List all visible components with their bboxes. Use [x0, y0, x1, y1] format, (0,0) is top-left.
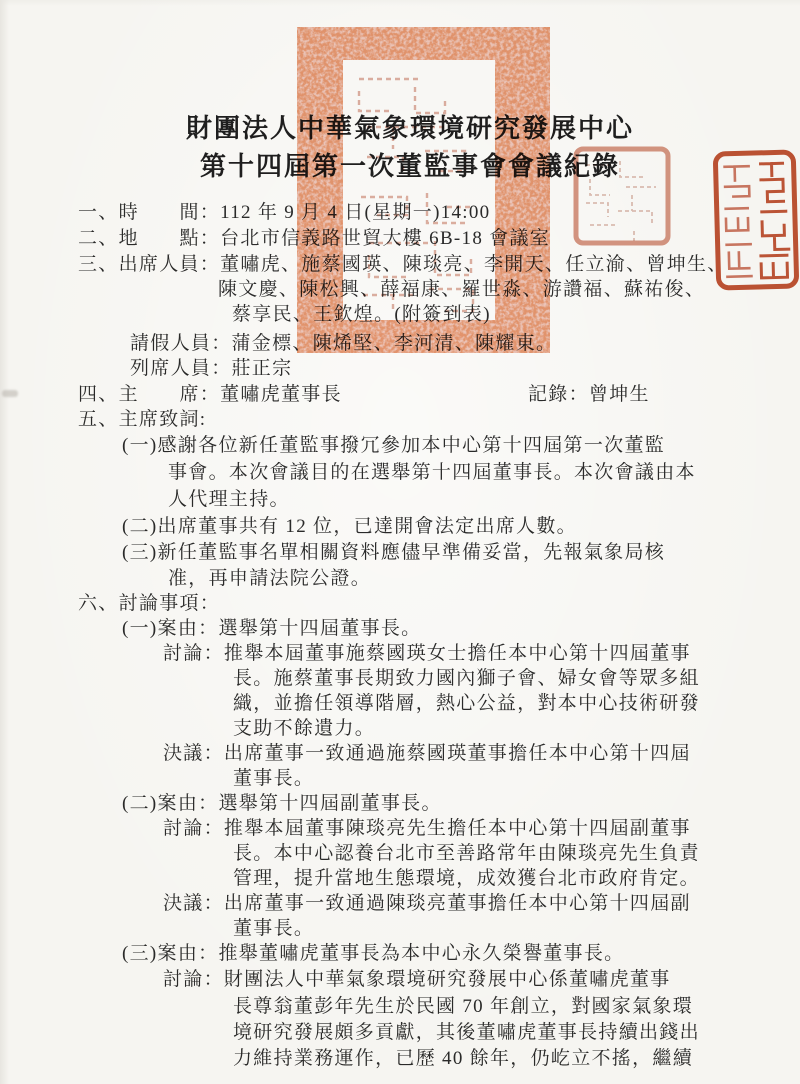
line-remark1-cont1: 事會。本次會議目的在選舉第十四屆董事長。本次會議由本 — [168, 457, 696, 484]
line-remark1: (一)感謝各位新任董監事撥冗參加本中心第十四屆第一次董監 — [122, 430, 665, 457]
line-time: 一、時 間：112 年 9 月 4 日(星期一)14:00 — [78, 197, 490, 224]
line-location: 二、地 點：台北市信義路世貿大樓 6B-18 會議室 — [78, 223, 550, 250]
line-case1-resolution: 決議：出席董事一致通過施蔡國瑛董事擔任本中心第十四屆 — [163, 738, 691, 765]
line-case3-disc-cont1: 長尊翁董彭年先生於民國 70 年創立，對國家氣象環 — [233, 991, 693, 1018]
line-case3-discussion: 討論：財團法人中華氣象環境研究發展中心係董嘯虎董事 — [163, 964, 671, 991]
line-case3-disc-cont3: 力維持業務運作，已歷 40 餘年，仍屹立不搖，繼續 — [233, 1043, 693, 1070]
line-observers: 列席人員：莊正宗 — [130, 353, 292, 380]
line-case2-resolution: 決議：出席董事一致通過陳琰亮董事擔任本中心第十四屆副 — [163, 888, 691, 915]
line-case2-discussion: 討論：推舉本屆董事陳琰亮先生擔任本中心第十四屆副董事 — [163, 813, 691, 840]
line-case3-subject: (三)案由：推舉董嘯虎董事長為本中心永久榮譽董事長。 — [122, 938, 624, 965]
line-case3-disc-cont2: 境研究發展頗多貢獻，其後董嘯虎董事長持續出錢出 — [233, 1017, 700, 1044]
scanned-document-page: 財團法人中華氣象環境研究發展中心 第十四屆第一次董監事會會議紀錄 一、時 間：1… — [0, 0, 800, 1084]
line-case2-subject: (二)案由：選舉第十四屆副董事長。 — [122, 788, 442, 815]
line-attendees-3: 蔡享民、王欽煌。(附簽到表) — [232, 299, 491, 326]
line-absent: 請假人員：蒲金標、陳烯堅、李河清、陳耀東。 — [130, 328, 556, 355]
line-remark3: (三)新任董監事名單相關資料應儘早準備妥當，先報氣象局核 — [122, 537, 665, 564]
line-case1-discussion: 討論：推舉本屆董事施蔡國瑛女士擔任本中心第十四屆董事 — [163, 638, 691, 665]
line-case1-disc-cont3: 支助不餘遺力。 — [233, 713, 375, 740]
line-case1-disc-cont1: 長。施蔡董事長期致力國內獅子會、婦女會等眾多組 — [233, 663, 700, 690]
line-discussion-heading: 六、討論事項： — [78, 588, 220, 615]
line-case2-res-cont: 董事長。 — [233, 913, 314, 940]
line-case1-res-cont: 董事長。 — [233, 763, 314, 790]
line-remark2: (二)出席董事共有 12 位，已達開會法定出席人數。 — [122, 511, 577, 538]
line-remark3-cont: 准，再申請法院公證。 — [168, 563, 371, 590]
line-chairman: 四、主 席：董嘯虎董事長 — [78, 379, 342, 406]
scan-smudge — [2, 390, 18, 397]
recorder-note: 記錄：曾坤生 — [528, 379, 650, 406]
line-remark1-cont2: 人代理主持。 — [168, 484, 290, 511]
line-case1-subject: (一)案由：選舉第十四屆董事長。 — [122, 613, 421, 640]
line-case2-disc-cont2: 管理，提升當地生態環境，成效獲台北市政府肯定。 — [233, 863, 700, 890]
line-case2-disc-cont1: 長。本中心認養台北市至善路常年由陳琰亮先生負責 — [233, 838, 700, 865]
document-title-line1: 財團法人中華氣象環境研究發展中心 — [90, 108, 730, 145]
line-attendees-1: 三、出席人員：董嘯虎、施蔡國瑛、陳琰亮、李開天、任立渝、曾坤生、 — [78, 249, 728, 276]
line-attendees-2: 陳文慶、陳松興、薛福康、羅世淼、游讚福、蘇祐俊、 — [218, 274, 705, 301]
line-remarks-heading: 五、主席致詞: — [78, 404, 206, 431]
document-title-line2: 第十四屆第一次董監事會會議紀錄 — [90, 146, 730, 183]
line-case1-disc-cont2: 織，並擔任領導階層，熱心公益，對本中心技術研發 — [233, 688, 700, 715]
